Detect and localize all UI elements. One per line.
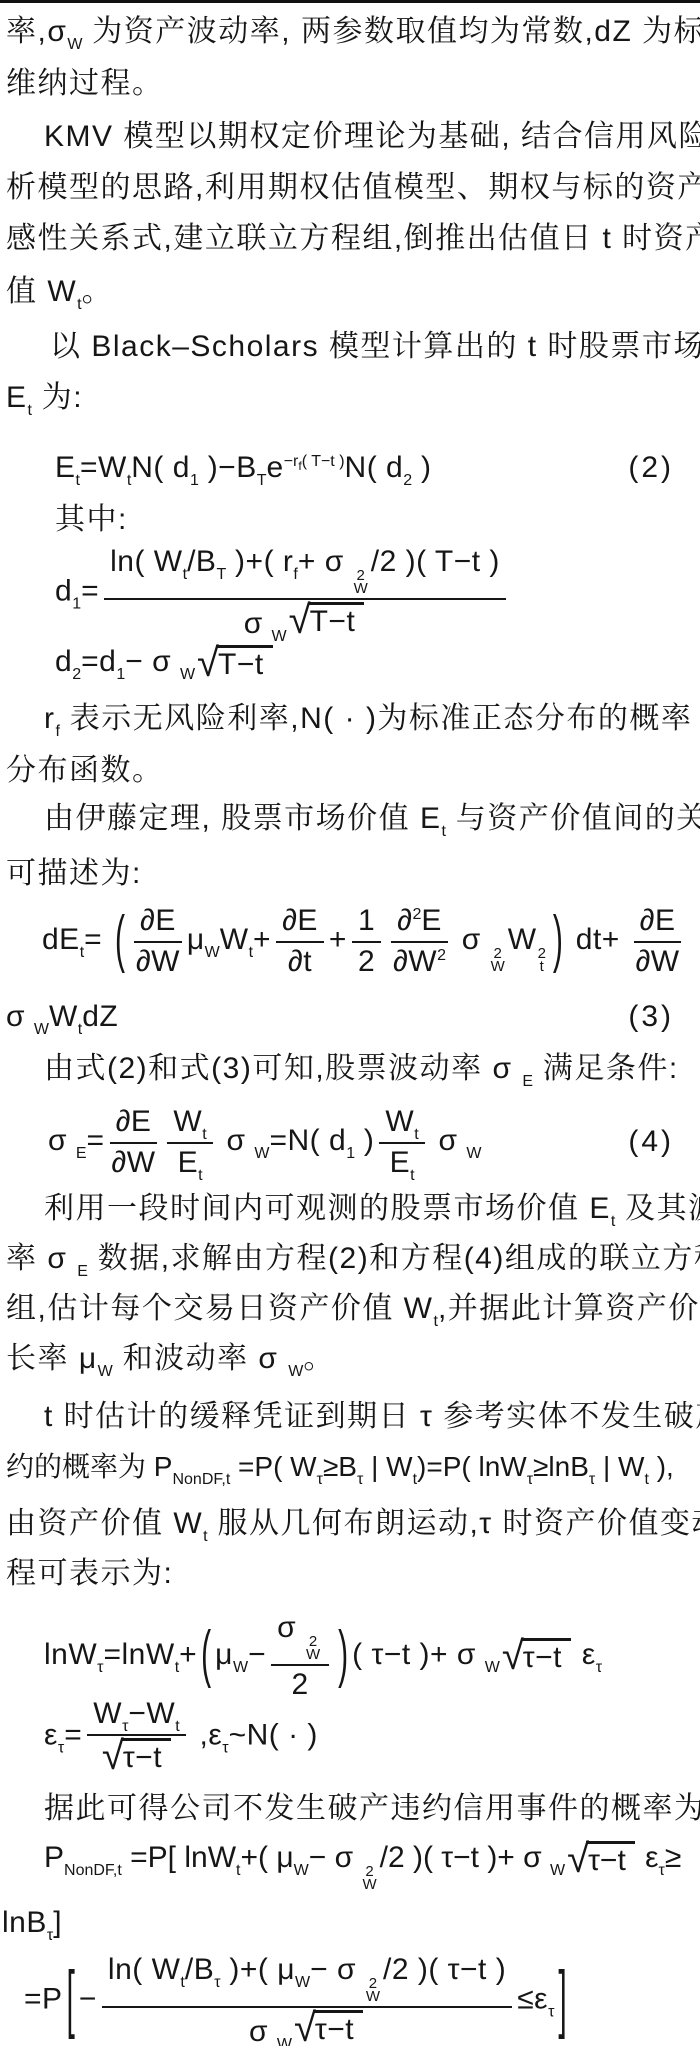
subscript: W [550,1862,565,1879]
subscript: W [288,1363,303,1380]
subscript: NonDF,t [64,1862,122,1879]
subscript: t [175,1718,179,1735]
equation-d2: d2=d1− σ W√T−t [55,642,275,682]
subscript: τ [548,2003,554,2020]
subscript: 2 [403,472,412,489]
subscript: W [294,1862,309,1879]
subscript: τ [659,1862,665,1879]
subscript: t [236,1862,240,1879]
text-line-02: 维纳过程。 [6,64,164,104]
subscript: t [611,1213,615,1230]
fraction: ∂E∂W [134,903,182,979]
subscript: τ [596,1659,602,1676]
subscript: 1 [346,1145,355,1162]
subscript: E [77,1263,88,1280]
text-line-12: 由伊藤定理, 股票市场价值 Et 与资产价值间的关系 [44,799,700,839]
text-line-01: 率,σW 为资产波动率, 两参数取值均为常数,dZ 为标准 [6,12,700,52]
subscript: τ [214,1974,220,1991]
subscript: t [78,1021,82,1038]
subscript: W [34,1021,49,1038]
text-line-03: KMV 模型以期权定价理论为基础, 结合信用风险分 [44,117,700,157]
subscript: t [413,1471,417,1488]
text-line-18: 长率 μW 和波动率 σ W。 [6,1339,335,1379]
scanned-paper-page: 率,σW 为资产波动率, 两参数取值均为常数,dZ 为标准维纳过程。KMV 模型… [0,0,700,2046]
fraction: ∂2E∂W2 [391,903,448,979]
superscript: −rf( T−t ) [284,453,345,470]
text-line-22: 程可表示为: [6,1554,173,1594]
stacked-sup-sub: 2W [362,1865,376,1891]
subscript: τ [317,1471,323,1488]
subscript: E [76,1145,87,1162]
text-line-08: Et 为: [6,378,83,418]
text-line-23: 据此可得公司不发生破产违约信用事件的概率为: [44,1789,700,1829]
square-root: √τ−t [502,1638,571,1675]
subscript: E [522,1073,533,1090]
subscript: W [485,1659,500,1676]
equation-number: (3) [628,997,674,1037]
equation-final: =P[−ln( Wt/Bτ )+( μW− σ 2W/2 )( τ−t )σ W… [24,1952,571,2046]
square-root: √T−t [197,645,273,682]
equation-number: (2) [628,448,674,488]
subscript: f [293,566,297,583]
subscript: t [414,1126,418,1143]
equation-epsilon: ετ=Wτ−Wt√τ−t ,ετ~N( · ) [44,1696,318,1777]
equation-number: (4) [628,1122,674,1162]
text-line-13: 可描述为: [6,854,142,894]
text-line-07: 以 Black–Scholars 模型计算出的 t 时股票市场价值 [50,327,700,367]
equation-4: σ E=∂E∂WWtEt σ W=N( d1 )WtEt σ W(4) [48,1104,700,1180]
subscript: W [67,36,82,53]
subscript: 2 [72,666,81,683]
stacked-sup-sub: 2W [366,1977,380,2003]
subscript: NonDF,t [172,1471,230,1488]
big-delimiter: ) [553,899,563,983]
subscript: 1 [190,472,199,489]
text-line-15: 利用一段时间内可观测的股票市场价值 Et 及其波动 [44,1189,700,1229]
subscript: t [442,823,446,840]
scan-edge-artifact [0,0,700,3]
big-delimiter: ( [115,899,125,983]
subscript: t [175,1659,179,1676]
superscript: 2 [412,906,421,923]
text-line-06: 值 Wt。 [6,272,113,312]
stacked-sup-sub: 2t [538,947,546,973]
subscript: t [76,472,80,489]
equation-d1: d1=ln( Wt/BT )+( rf+ σ 2W/2 )( T−t )σ W√… [55,544,511,641]
fraction: 12 [352,903,381,979]
subscript: t [127,472,131,489]
big-delimiter: [ [67,1951,75,2046]
fraction: ∂E∂W [110,1104,158,1180]
subscript: f [56,723,60,740]
subscript: W [233,1659,248,1676]
fraction: Wτ−Wt√τ−t [87,1696,185,1777]
subscript: t [198,1167,202,1184]
text-line-14: 由式(2)和式(3)可知,股票波动率 σ E 满足条件: [44,1049,679,1089]
subscript: τ [122,1718,128,1735]
equation-3-line1: dEt= (∂E∂WμWWt+∂E∂t+12∂2E∂W2 σ 2WW2t) dt… [42,903,686,979]
text-line-11: 分布函数。 [6,751,164,791]
subscript: W [466,1145,481,1162]
subscript: t [28,402,32,419]
superscript: 2 [437,947,446,964]
fraction: ln( Wt/Bτ )+( μW− σ 2W/2 )( τ−t )σ W√τ−t [102,1952,512,2046]
subscript: t [644,1471,648,1488]
text-line-20: 约的概率为 PNonDF,t =P( Wτ≥Bτ | Wt)=P( lnWτ≥l… [6,1447,674,1487]
subscript: W [98,1363,113,1380]
text-line-21: 由资产价值 Wt 服从几何布朗运动,τ 时资产价值变动过 [6,1504,700,1544]
subscript: τ [47,1927,53,1944]
subscript: t [203,1528,207,1545]
subscript: τ [97,1659,103,1676]
subscript: τ [589,1471,595,1488]
text-line-16: 率 σ E 数据,求解由方程(2)和方程(4)组成的联立方程 [6,1239,700,1279]
subscript: t [249,944,253,961]
square-root: √τ−t [102,1738,171,1775]
text-line-17: 组,估计每个交易日资产价值 Wt,并据此计算资产价值增 [6,1289,700,1329]
fraction: σ 2W2 [271,1610,329,1702]
square-root: √T−t [289,602,365,639]
fraction: ln( Wt/BT )+( rf+ σ 2W/2 )( T−t )σ W√T−t [104,544,506,641]
subscript: W [180,666,195,683]
subscript: τ [58,1739,64,1756]
subscript: τ [357,1471,363,1488]
stacked-sup-sub: 2W [354,569,368,595]
subscript: 1 [72,595,81,612]
subscript: W [254,1145,269,1162]
text-line-05: 感性关系式,建立联立方程组,倒推出估值日 t 时资产价 [6,219,700,259]
subscript: W [295,1974,310,1991]
subscript: t [434,1313,438,1330]
subscript: W [277,2036,292,2046]
subscript: f [298,459,301,473]
stacked-sup-sub: 2W [491,947,505,973]
equation-pnondf-line2: lnBτ] [2,1903,62,1943]
fraction: ∂E∂W [634,903,682,979]
text-line-04: 析模型的思路,利用期权估值模型、期权与标的资产间敏 [6,168,700,208]
fraction: ∂E∂t [276,903,324,979]
subscript: T [216,566,226,583]
square-root: √τ−t [567,1841,635,1878]
subscript: W [205,944,220,961]
big-delimiter: ] [558,1951,566,2046]
equation-3-line2: σ WWtdZ(3) [6,997,700,1037]
square-root: √τ−t [294,2010,363,2046]
text-line-09: 其中: [55,500,128,540]
subscript: t [80,944,84,961]
fraction: WtEt [167,1104,212,1180]
subscript: t [180,1974,184,1991]
subscript: τ [527,1471,533,1488]
fraction: WtEt [379,1104,424,1180]
equation-2: Et=WtN( d1 )−BTe−rf( T−t )N( d2 )(2) [55,448,700,488]
subscript: 1 [116,666,125,683]
equation-lnw: lnWτ=lnWt+(μW−σ 2W2)( τ−t )+ σ W√τ−t ετ [44,1610,602,1702]
text-line-19: t 时估计的缓释凭证到期日 τ 参考实体不发生破产违 [44,1397,700,1437]
subscript: T [257,472,267,489]
subscript: t [202,1126,206,1143]
subscript: t [410,1167,414,1184]
subscript: τ [222,1739,228,1756]
subscript: t [77,296,81,313]
big-delimiter: ( [201,1614,211,1698]
equation-pnondf-line1: PNonDF,t =P[ lnWt+( μW− σ 2W/2 )( τ−t )+… [44,1838,681,1891]
big-delimiter: ) [338,1614,348,1698]
subscript: t [183,566,187,583]
stacked-sup-sub: 2W [306,1635,320,1661]
text-line-10: rf 表示无风险利率,N( · )为标准正态分布的概率 [44,699,692,739]
